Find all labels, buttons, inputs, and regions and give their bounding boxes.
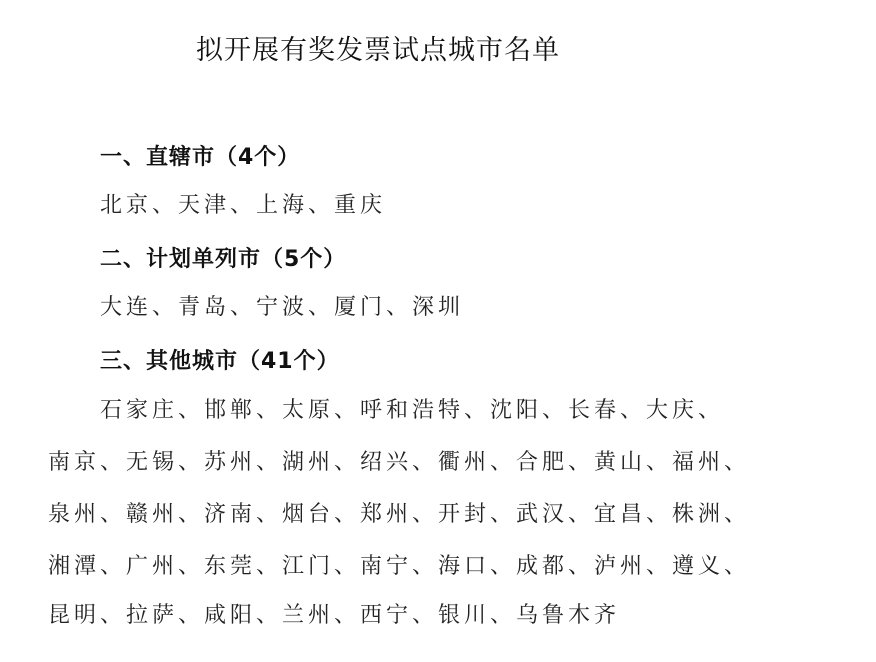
- city-list-line: 昆明、拉萨、咸阳、兰州、西宁、银川、乌鲁木齐: [48, 598, 620, 629]
- document-page: 拟开展有奖发票试点城市名单 一、直辖市（4个） 北京、天津、上海、重庆 二、计划…: [0, 0, 876, 662]
- section-heading-separately-planned-cities: 二、计划单列市（5个）: [100, 242, 346, 273]
- section-heading-other-cities: 三、其他城市（41个）: [100, 344, 340, 375]
- city-list-line: 泉州、赣州、济南、烟台、郑州、开封、武汉、宜昌、株洲、: [48, 497, 750, 528]
- city-list-line: 北京、天津、上海、重庆: [100, 188, 386, 219]
- city-list-line: 湘潭、广州、东莞、江门、南宁、海口、成都、泸州、遵义、: [48, 549, 750, 580]
- section-heading-municipalities: 一、直辖市（4个）: [100, 140, 300, 171]
- document-title: 拟开展有奖发票试点城市名单: [196, 28, 560, 67]
- city-list-line: 大连、青岛、宁波、厦门、深圳: [100, 290, 464, 321]
- city-list-line: 南京、无锡、苏州、湖州、绍兴、衢州、合肥、黄山、福州、: [48, 445, 750, 476]
- city-list-line: 石家庄、邯郸、太原、呼和浩特、沈阳、长春、大庆、: [100, 393, 724, 424]
